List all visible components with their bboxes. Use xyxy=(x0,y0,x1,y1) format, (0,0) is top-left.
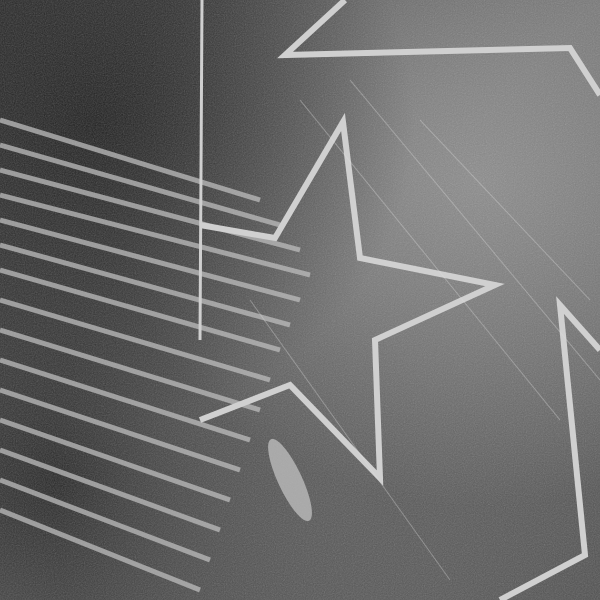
vertical-line xyxy=(200,0,202,340)
grunge-texture-image xyxy=(0,0,600,600)
texture-overlay xyxy=(0,0,600,600)
